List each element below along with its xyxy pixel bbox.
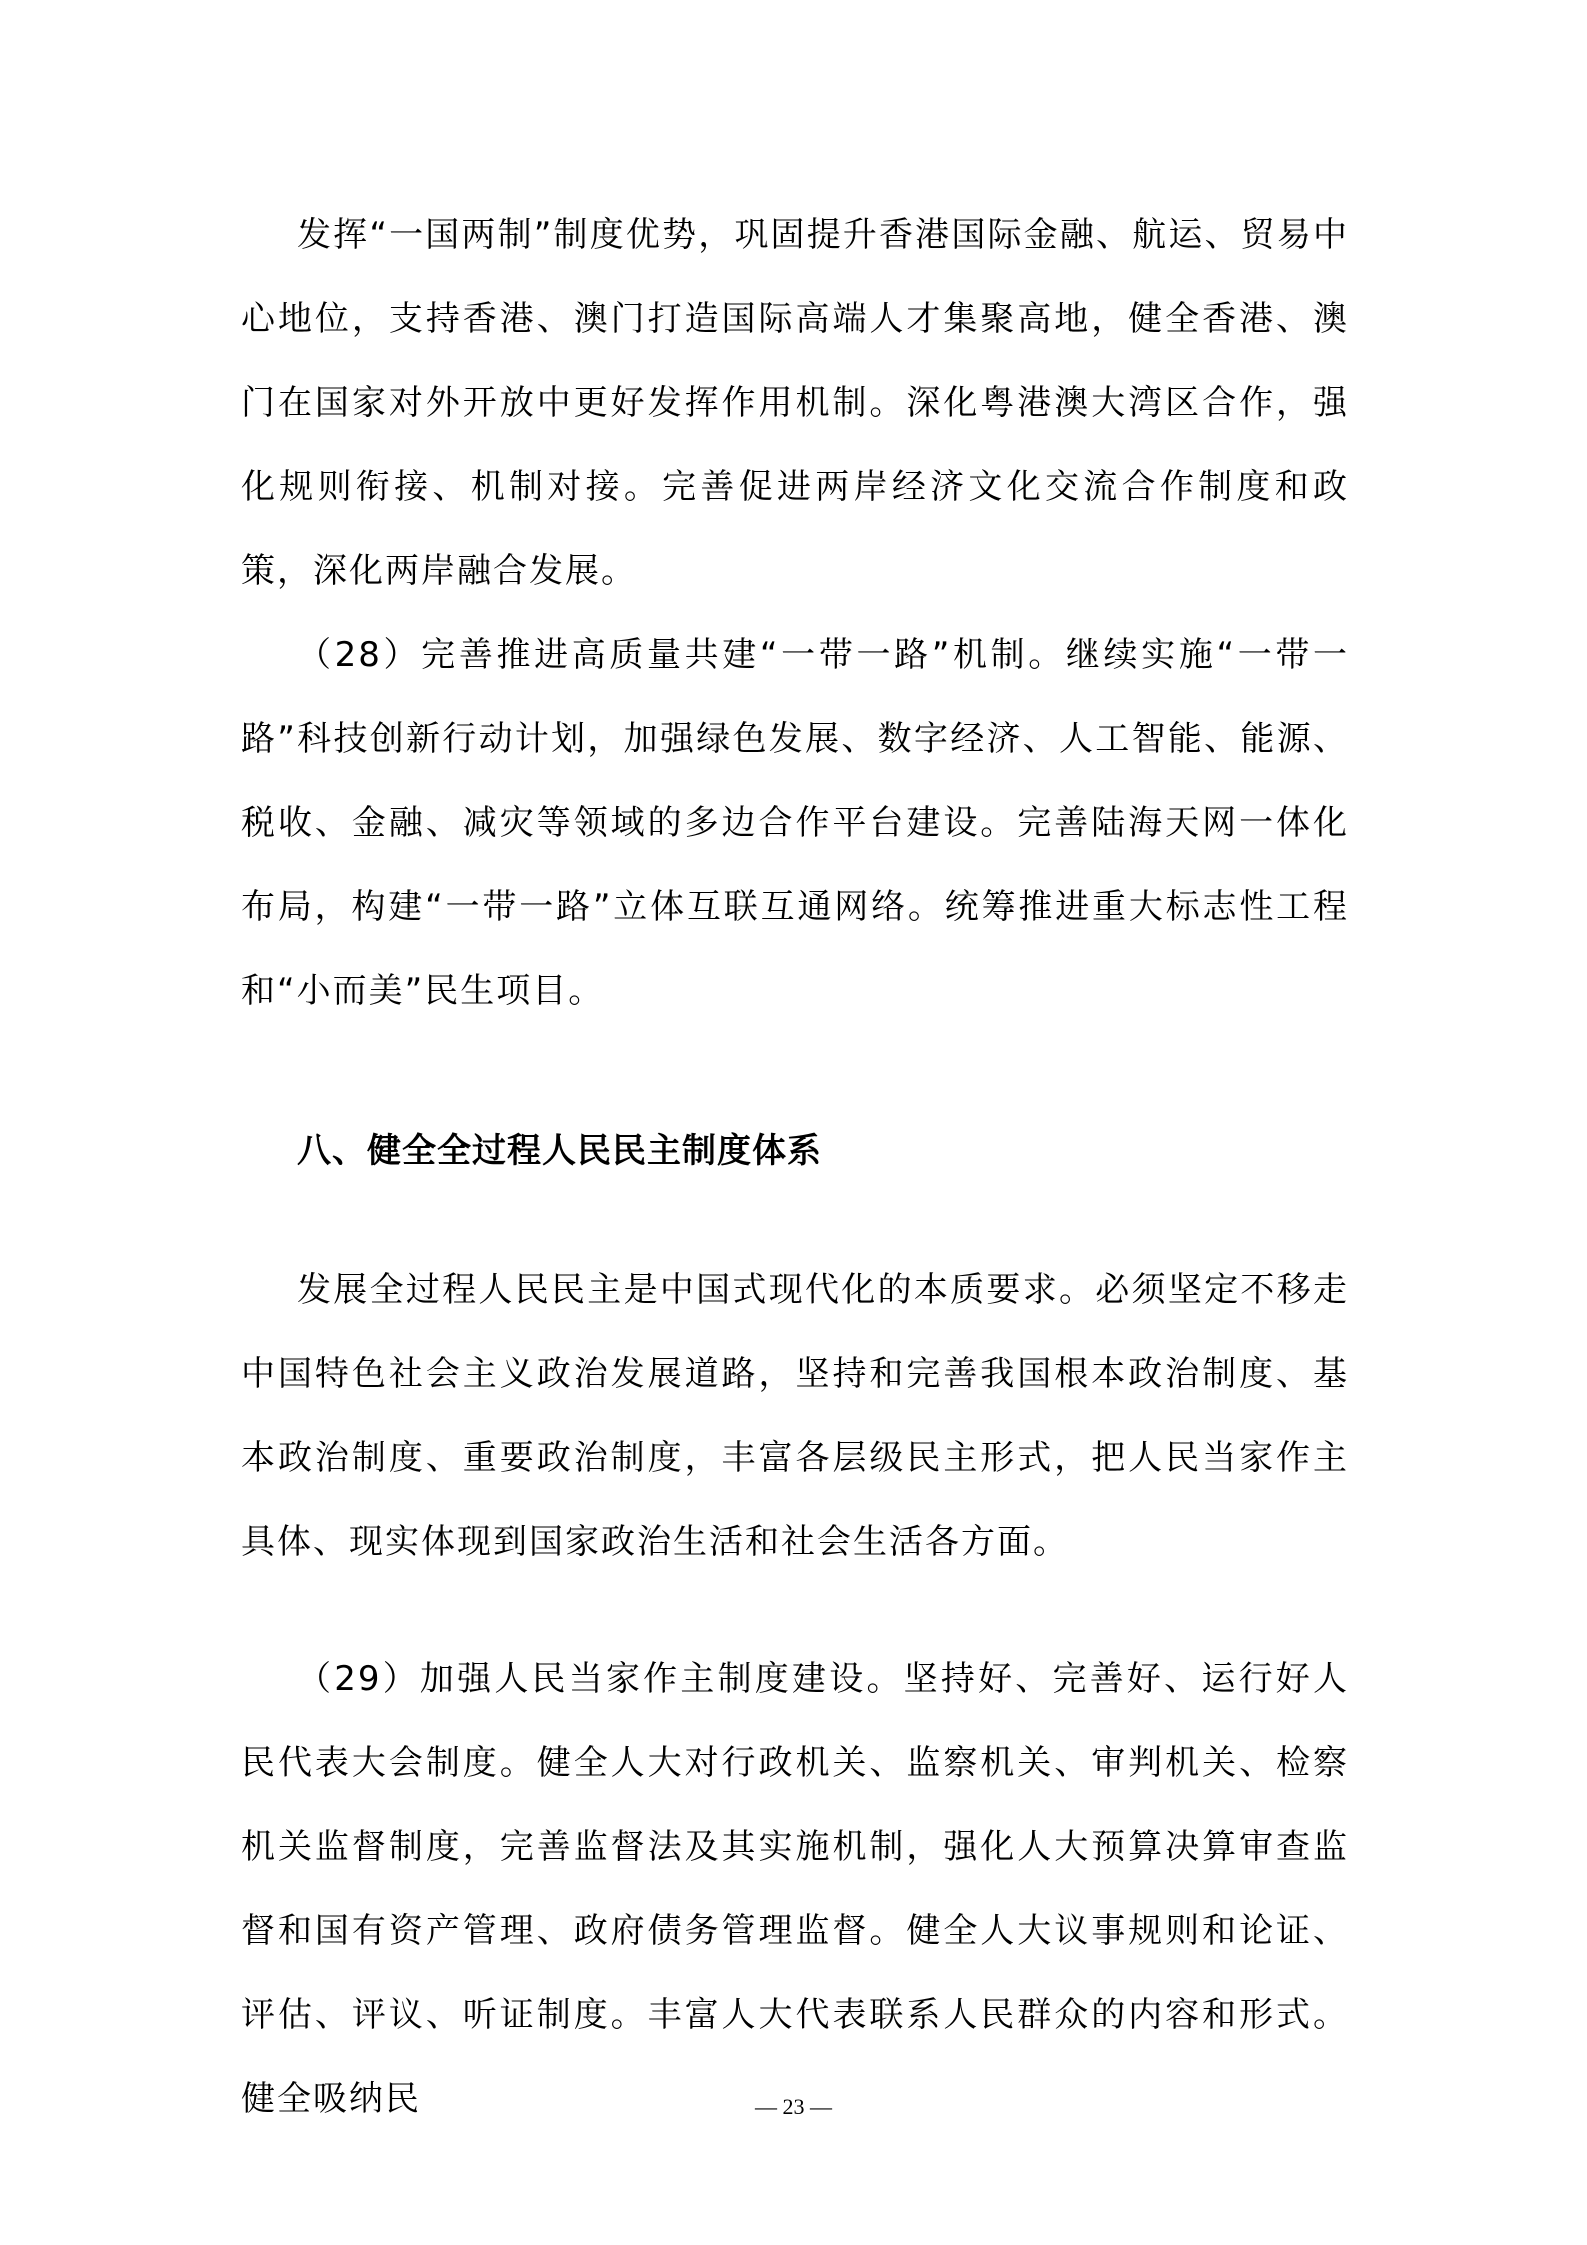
paragraph-peoples-congress: （29）加强人民当家作主制度建设。坚持好、完善好、运行好人民代表大会制度。健全人… (241, 1637, 1349, 2141)
paragraph-hk-macau-taiwan: 发挥“一国两制”制度优势，巩固提升香港国际金融、航运、贸易中心地位，支持香港、澳… (241, 193, 1349, 613)
section-heading: 八、健全全过程人民民主制度体系 (297, 1126, 822, 1176)
paragraph-belt-and-road: （28）完善推进高质量共建“一带一路”机制。继续实施“一带一路”科技创新行动计划… (241, 613, 1349, 1033)
paragraph-whole-process-democracy: 发展全过程人民民主是中国式现代化的本质要求。必须坚定不移走中国特色社会主义政治发… (241, 1248, 1349, 1584)
page-number: — 23 — (0, 2092, 1587, 2122)
